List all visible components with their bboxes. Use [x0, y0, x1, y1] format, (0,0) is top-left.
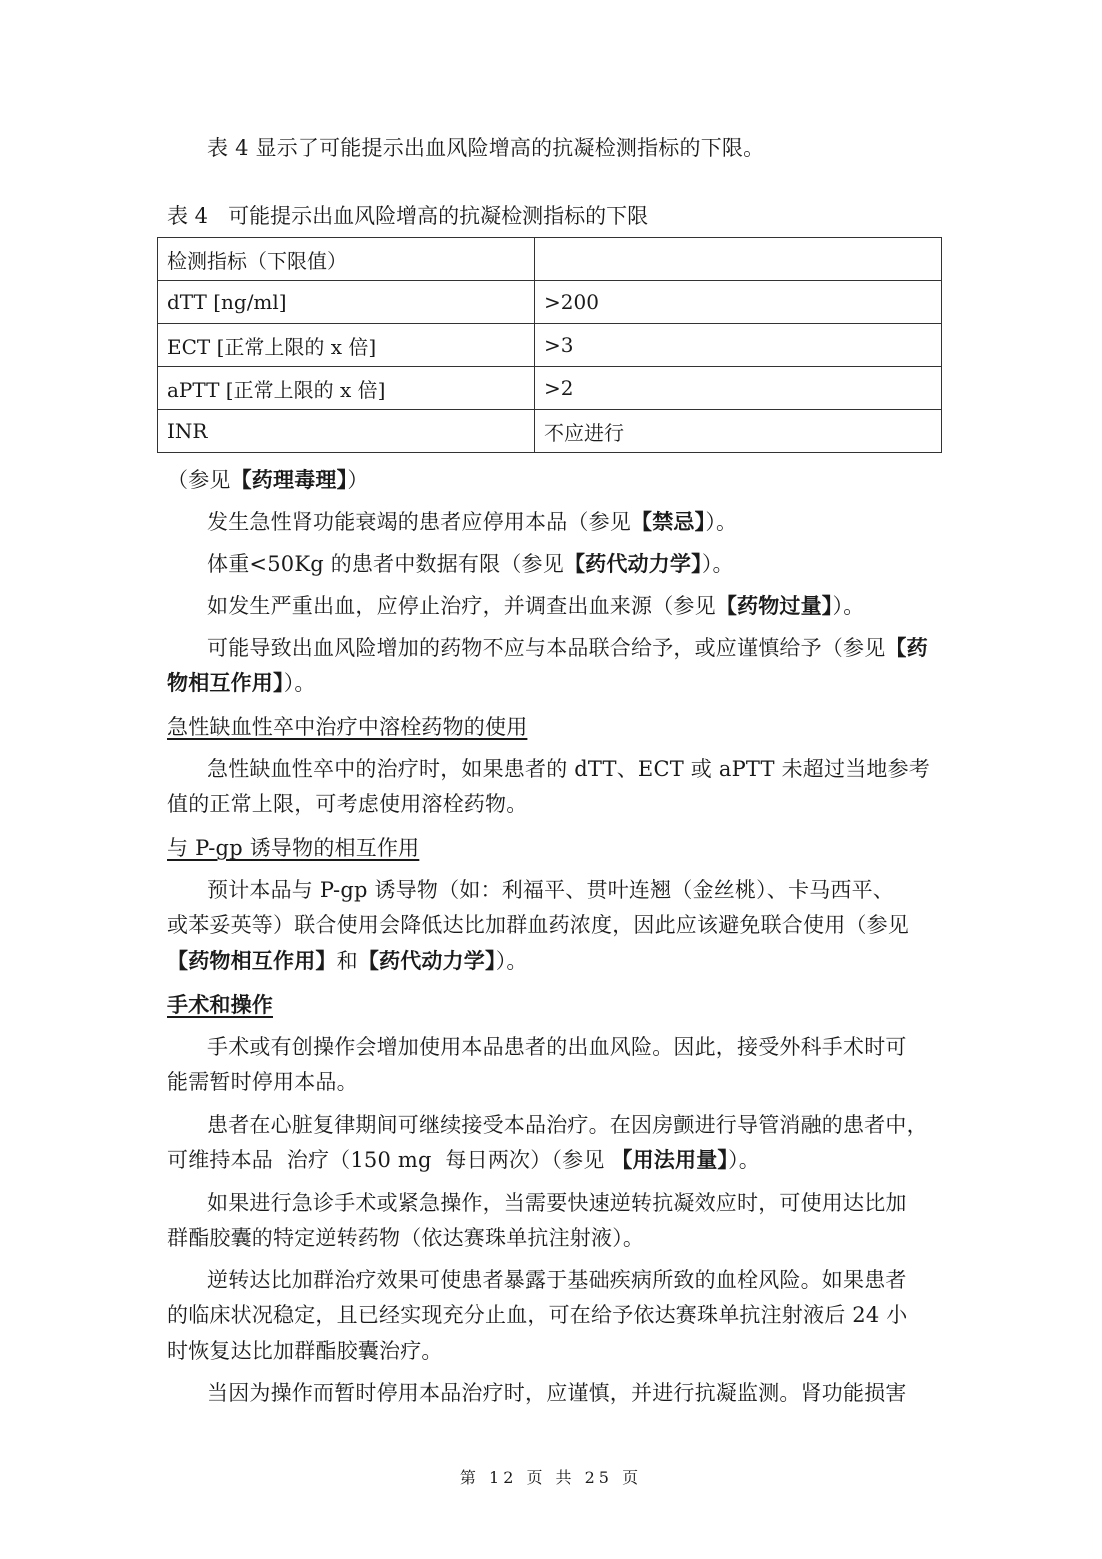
document-page: 表 4 显示了可能提示出血风险增高的抗凝检测指标的下限。 表 4 可能提示出血风…	[0, 0, 1102, 1559]
table-cell-indicator: dTT [ng/ml]	[158, 281, 535, 324]
paragraph: 患者在心脏复律期间可继续接受本品治疗。在因房颤进行导管消融的患者中，	[207, 1111, 937, 1139]
text: ）	[347, 468, 368, 492]
text: 可能导致出血风险增加的药物不应与本品联合给予，或应谨慎给予（参见	[207, 636, 885, 660]
cross-reference: 【药物过量】	[716, 593, 833, 618]
table-caption: 表 4 可能提示出血风险增高的抗凝检测指标的下限	[167, 202, 648, 230]
section-heading-pgp: 与 P-gp 诱导物的相互作用	[167, 834, 937, 862]
text: ）。	[702, 552, 734, 576]
table-cell-value: >2	[535, 367, 942, 410]
table-cell-indicator: ECT [正常上限的 x 倍]	[158, 324, 535, 367]
paragraph-continued: 能需暂时停用本品。	[167, 1068, 937, 1096]
paragraph: （参见【药理毒理】）	[167, 466, 937, 494]
paragraph-continued: 【药物相互作用】和【药代动力学】）。	[167, 947, 937, 975]
cross-reference: 【药代动力学】	[564, 551, 702, 576]
cross-reference: 【药理毒理】	[231, 467, 348, 492]
table-row: dTT [ng/ml] >200	[158, 281, 942, 324]
table-row: INR 不应进行	[158, 410, 942, 453]
paragraph-continued: 物相互作用】）。	[167, 669, 937, 697]
cross-reference: 【禁忌】	[631, 509, 705, 534]
cross-reference: 物相互作用】	[167, 670, 284, 695]
text: ）。	[496, 949, 528, 973]
paragraph: 预计本品与 P-gp 诱导物（如：利福平、贯叶连翘（金丝桃）、卡马西平、	[207, 876, 937, 904]
text: 发生急性肾功能衰竭的患者应停用本品（参见	[207, 510, 631, 534]
section-heading-surgery: 手术和操作	[167, 991, 937, 1019]
text: ）。	[728, 1148, 760, 1172]
text: 体重<50Kg 的患者中数据有限（参见	[207, 552, 564, 576]
table-cell-value: 不应进行	[535, 410, 942, 453]
text: 如发生严重出血，应停止治疗，并调查出血来源（参见	[207, 594, 716, 618]
table-cell-value: >200	[535, 281, 942, 324]
cross-reference: 【药	[885, 635, 927, 660]
text: ）。	[833, 594, 865, 618]
paragraph-continued: 时恢复达比加群酯胶囊治疗。	[167, 1337, 937, 1365]
paragraph: 手术或有创操作会增加使用本品患者的出血风险。因此，接受外科手术时可	[207, 1033, 937, 1061]
paragraph: 可能导致出血风险增加的药物不应与本品联合给予，或应谨慎给予（参见【药	[207, 634, 937, 662]
text: ）。	[284, 671, 316, 695]
table-header-row: 检测指标（下限值）	[158, 238, 942, 281]
threshold-table: 检测指标（下限值） dTT [ng/ml] >200 ECT [正常上限的 x …	[157, 237, 942, 453]
paragraph-continued: 或苯妥英等）联合使用会降低达比加群血药浓度，因此应该避免联合使用（参见	[167, 911, 937, 939]
table-cell-indicator: INR	[158, 410, 535, 453]
cross-reference: 【药物相互作用】	[167, 948, 337, 973]
table-caption-label: 表 4	[167, 204, 208, 228]
paragraph-continued: 可维持本品 治疗（150 mg 每日两次）（参见 【用法用量】）。	[167, 1146, 937, 1174]
table-cell-indicator: aPTT [正常上限的 x 倍]	[158, 367, 535, 410]
cross-reference: 【药代动力学】	[358, 948, 496, 973]
table-row: ECT [正常上限的 x 倍] >3	[158, 324, 942, 367]
table-row: aPTT [正常上限的 x 倍] >2	[158, 367, 942, 410]
paragraph: 当因为操作而暂时停用本品治疗时，应谨慎，并进行抗凝监测。肾功能损害	[207, 1379, 937, 1407]
paragraph: 如发生严重出血，应停止治疗，并调查出血来源（参见【药物过量】）。	[207, 592, 937, 620]
paragraph-continued: 值的正常上限，可考虑使用溶栓药物。	[167, 790, 937, 818]
cross-reference: 【用法用量】	[611, 1147, 728, 1172]
table-cell-value: >3	[535, 324, 942, 367]
paragraph: 体重<50Kg 的患者中数据有限（参见【药代动力学】）。	[207, 550, 937, 578]
text: （参见	[167, 468, 231, 492]
text: 和	[337, 949, 358, 973]
text: ）。	[705, 510, 737, 534]
table-caption-text: 可能提示出血风险增高的抗凝检测指标的下限	[228, 204, 648, 228]
text: 可维持本品 治疗（150 mg 每日两次）（参见	[167, 1148, 611, 1172]
table-header-cell: 检测指标（下限值）	[158, 238, 535, 281]
intro-text: 表 4 显示了可能提示出血风险增高的抗凝检测指标的下限。	[207, 134, 937, 162]
table-header-cell	[535, 238, 942, 281]
paragraph: 发生急性肾功能衰竭的患者应停用本品（参见【禁忌】）。	[207, 508, 937, 536]
paragraph-continued: 的临床状况稳定，且已经实现充分止血，可在给予依达赛珠单抗注射液后 24 小	[167, 1301, 937, 1329]
paragraph: 逆转达比加群治疗效果可使患者暴露于基础疾病所致的血栓风险。如果患者	[207, 1266, 937, 1294]
paragraph: 急性缺血性卒中的治疗时，如果患者的 dTT、ECT 或 aPTT 未超过当地参考	[207, 755, 937, 783]
section-heading-thrombolytic: 急性缺血性卒中治疗中溶栓药物的使用	[167, 713, 937, 741]
paragraph: 如果进行急诊手术或紧急操作，当需要快速逆转抗凝效应时，可使用达比加	[207, 1189, 937, 1217]
paragraph-continued: 群酯胶囊的特定逆转药物（依达赛珠单抗注射液）。	[167, 1224, 937, 1252]
page-number-footer: 第 12 页 共 25 页	[0, 1465, 1102, 1488]
